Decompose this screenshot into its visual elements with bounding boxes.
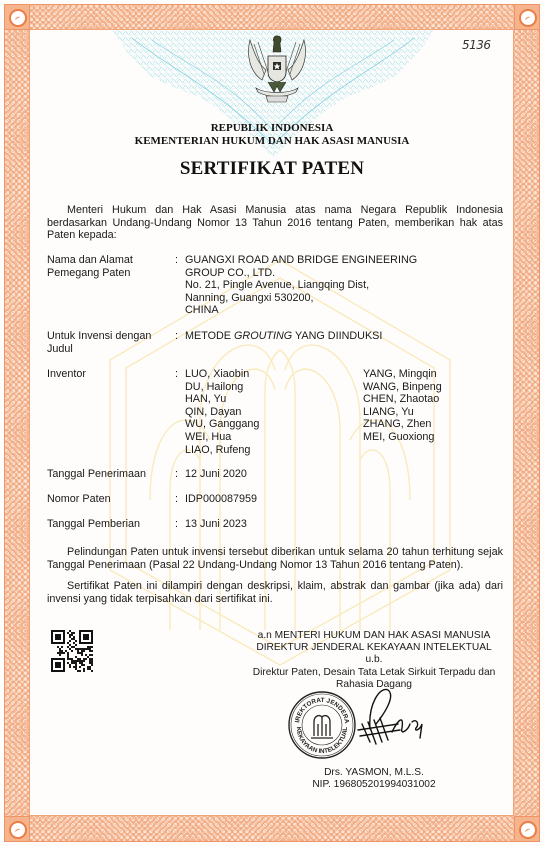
inventor-name: HAN, Yu bbox=[185, 393, 259, 406]
field-grant-date-value: 13 Juni 2023 bbox=[185, 518, 247, 531]
signatory-line: u.b. bbox=[224, 654, 524, 666]
signatory-line: Direktur Paten, Desain Tata Letak Sirkui… bbox=[224, 667, 524, 679]
handwritten-note: 5136 bbox=[462, 38, 491, 52]
separator: : bbox=[175, 254, 178, 267]
invention-title-part: YANG DIINDUKSI bbox=[292, 330, 382, 342]
attachment-paragraph: Sertifikat Paten ini dilampiri dengan de… bbox=[47, 580, 503, 605]
corner-ornament-icon bbox=[4, 4, 30, 30]
header-country: REPUBLIK INDONESIA bbox=[0, 122, 544, 134]
signatory-line: DIREKTUR JENDERAL KEKAYAAN INTELEKTUAL bbox=[224, 642, 524, 654]
intro-paragraph: Menteri Hukum dan Hak Asasi Manusia atas… bbox=[47, 204, 503, 242]
holder-line: No. 21, Pingle Avenue, Liangqing Dist, bbox=[185, 279, 417, 292]
inventor-name: WEI, Hua bbox=[185, 431, 259, 444]
inventor-column-2: YANG, MingqinWANG, BinpengCHEN, ZhaotaoL… bbox=[363, 368, 442, 444]
inventor-column-1: LUO, XiaobinDU, HailongHAN, YuQIN, Dayan… bbox=[185, 368, 259, 456]
officer-name: Drs. YASMON, M.L.S. bbox=[224, 767, 524, 779]
signatory-line: a.n MENTERI HUKUM DAN HAK ASASI MANUSIA bbox=[224, 630, 524, 642]
field-patent-number-label: Nomor Paten bbox=[47, 493, 172, 506]
corner-ornament-icon bbox=[4, 816, 30, 842]
inventor-name: ZHANG, Zhen bbox=[363, 418, 442, 431]
signature-icon bbox=[340, 684, 430, 754]
inventor-name: QIN, Dayan bbox=[185, 406, 259, 419]
qr-code-icon[interactable] bbox=[51, 630, 93, 672]
header-ministry: KEMENTERIAN HUKUM DAN HAK ASASI MANUSIA bbox=[0, 135, 544, 147]
separator: : bbox=[175, 330, 178, 343]
certificate-page: 5136 REPUBLIK INDONESIA KEMENTERIAN HUKU… bbox=[0, 0, 544, 846]
officer-nip: NIP. 196805201994031002 bbox=[224, 779, 524, 791]
inventor-name: MEI, Guoxiong bbox=[363, 431, 442, 444]
invention-title-italic: GROUTING bbox=[234, 330, 292, 342]
officer-block: Drs. YASMON, M.L.S. NIP. 196805201994031… bbox=[224, 767, 524, 791]
intro-text: Menteri Hukum dan Hak Asasi Manusia atas… bbox=[47, 204, 503, 241]
inventor-name: LIAO, Rufeng bbox=[185, 444, 259, 457]
field-holder-label: Nama dan Alamat Pemegang Paten bbox=[47, 254, 172, 279]
field-grant-date-label: Tanggal Pemberian bbox=[47, 518, 172, 531]
signatory-block: a.n MENTERI HUKUM DAN HAK ASASI MANUSIA … bbox=[224, 630, 524, 691]
holder-line: Nanning, Guangxi 530200, bbox=[185, 292, 417, 305]
holder-line: GUANGXI ROAD AND BRIDGE ENGINEERING bbox=[185, 254, 417, 267]
separator: : bbox=[175, 518, 178, 531]
inventor-name: LUO, Xiaobin bbox=[185, 368, 259, 381]
separator: : bbox=[175, 493, 178, 506]
field-patent-number-value: IDP000087959 bbox=[185, 493, 257, 506]
page-title: SERTIFIKAT PATEN bbox=[0, 158, 544, 180]
attachment-text: Sertifikat Paten ini dilampiri dengan de… bbox=[47, 580, 503, 605]
garuda-emblem-icon bbox=[244, 30, 310, 106]
field-invention-label: Untuk Invensi dengan Judul bbox=[47, 330, 172, 355]
field-filing-date-label: Tanggal Penerimaan bbox=[47, 468, 172, 481]
inventor-name: LIANG, Yu bbox=[363, 406, 442, 419]
corner-ornament-icon bbox=[514, 4, 540, 30]
field-holder-value: GUANGXI ROAD AND BRIDGE ENGINEERING GROU… bbox=[185, 254, 417, 317]
protection-text: Pelindungan Paten untuk invensi tersebut… bbox=[47, 546, 503, 571]
holder-line: CHINA bbox=[185, 304, 417, 317]
invention-title-part: METODE bbox=[185, 330, 234, 342]
holder-line: GROUP CO., LTD. bbox=[185, 267, 417, 280]
inventor-name: DU, Hailong bbox=[185, 381, 259, 394]
field-filing-date-value: 12 Juni 2020 bbox=[185, 468, 247, 481]
field-invention-value: METODE GROUTING YANG DIINDUKSI bbox=[185, 330, 382, 343]
field-inventor-label: Inventor bbox=[47, 368, 172, 381]
separator: : bbox=[175, 468, 178, 481]
inventor-name: WU, Ganggang bbox=[185, 418, 259, 431]
inventor-name: YANG, Mingqin bbox=[363, 368, 442, 381]
corner-ornament-icon bbox=[514, 816, 540, 842]
protection-paragraph: Pelindungan Paten untuk invensi tersebut… bbox=[47, 546, 503, 571]
inventor-name: WANG, Binpeng bbox=[363, 381, 442, 394]
separator: : bbox=[175, 368, 178, 381]
inventor-name: CHEN, Zhaotao bbox=[363, 393, 442, 406]
